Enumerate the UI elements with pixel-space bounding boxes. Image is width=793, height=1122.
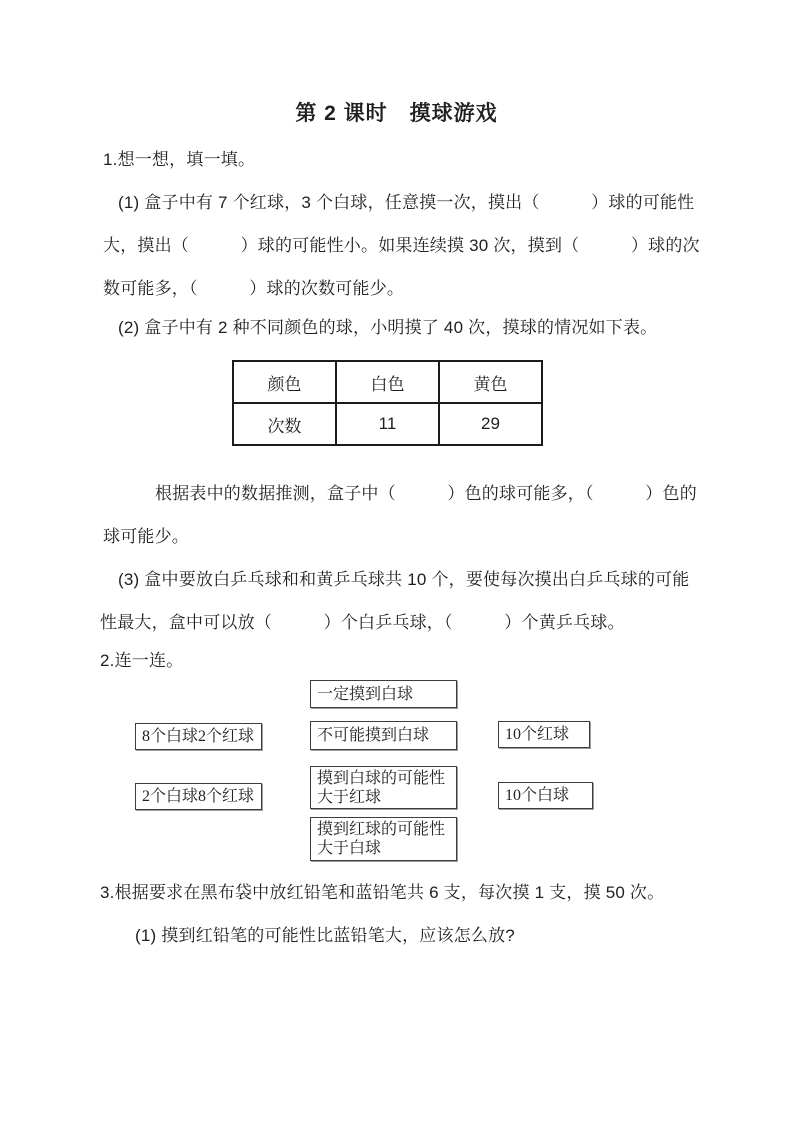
match-right-box-2: 10个白球 (498, 782, 593, 809)
q3-sub1: (1) 摸到红铅笔的可能性比蓝铅笔大，应该怎么放? (135, 924, 515, 947)
match-left-box-2: 2个白球8个红球 (135, 783, 262, 810)
page-title: 第 2 课时 摸球游戏 (0, 97, 793, 127)
q2-heading: 2.连一连。 (100, 649, 183, 672)
match-middle-box-4: 摸到红球的可能性 大于白球 (310, 817, 457, 861)
worksheet-page: 第 2 课时 摸球游戏 1.想一想，填一填。 (1) 盒子中有 7 个红球，3 … (0, 0, 793, 1122)
q1-part1-line3: 数可能多，（ ）球的次数可能少。 (103, 277, 404, 300)
q1-part2-line3: 球可能少。 (103, 525, 189, 548)
table-row: 次数 11 29 (233, 403, 542, 445)
q3-heading: 3.根据要求在黑布袋中放红铅笔和蓝铅笔共 6 支，每次摸 1 支，摸 50 次。 (100, 881, 664, 904)
match-middle-box-2: 不可能摸到白球 (310, 721, 457, 750)
match-middle-box-3: 摸到白球的可能性 大于红球 (310, 766, 457, 809)
q1-heading: 1.想一想，填一填。 (103, 148, 255, 171)
match-right-box-1: 10个红球 (498, 721, 590, 748)
q1-part2-line1: (2) 盒子中有 2 种不同颜色的球，小明摸了 40 次，摸球的情况如下表。 (118, 316, 657, 339)
match-middle-box-1: 一定摸到白球 (310, 680, 457, 708)
q1-part3-line1: (3) 盒中要放白乒乓球和和黄乒乓球共 10 个，要使每次摸出白乒乓球的可能 (118, 568, 689, 591)
table-cell-yellow-count: 29 (439, 403, 542, 445)
table-cell-color-header: 颜色 (233, 361, 336, 403)
table-row: 颜色 白色 黄色 (233, 361, 542, 403)
table-cell-yellow-header: 黄色 (439, 361, 542, 403)
q1-part1-line1: (1) 盒子中有 7 个红球，3 个白球，任意摸一次，摸出（ ）球的可能性 (118, 191, 694, 214)
table-cell-times-label: 次数 (233, 403, 336, 445)
q1-part1-line2: 大，摸出（ ）球的可能性小。如果连续摸 30 次，摸到（ ）球的次 (103, 234, 700, 257)
q1-part2-line2: 根据表中的数据推测，盒子中（ ）色的球可能多，（ ）色的 (155, 482, 697, 505)
table-cell-white-count: 11 (336, 403, 439, 445)
draw-results-table: 颜色 白色 黄色 次数 11 29 (232, 360, 543, 446)
q1-part3-line2: 性最大，盒中可以放（ ）个白乒乓球，（ ）个黄乒乓球。 (100, 611, 625, 634)
table-cell-white-header: 白色 (336, 361, 439, 403)
match-left-box-1: 8个白球2个红球 (135, 723, 262, 750)
